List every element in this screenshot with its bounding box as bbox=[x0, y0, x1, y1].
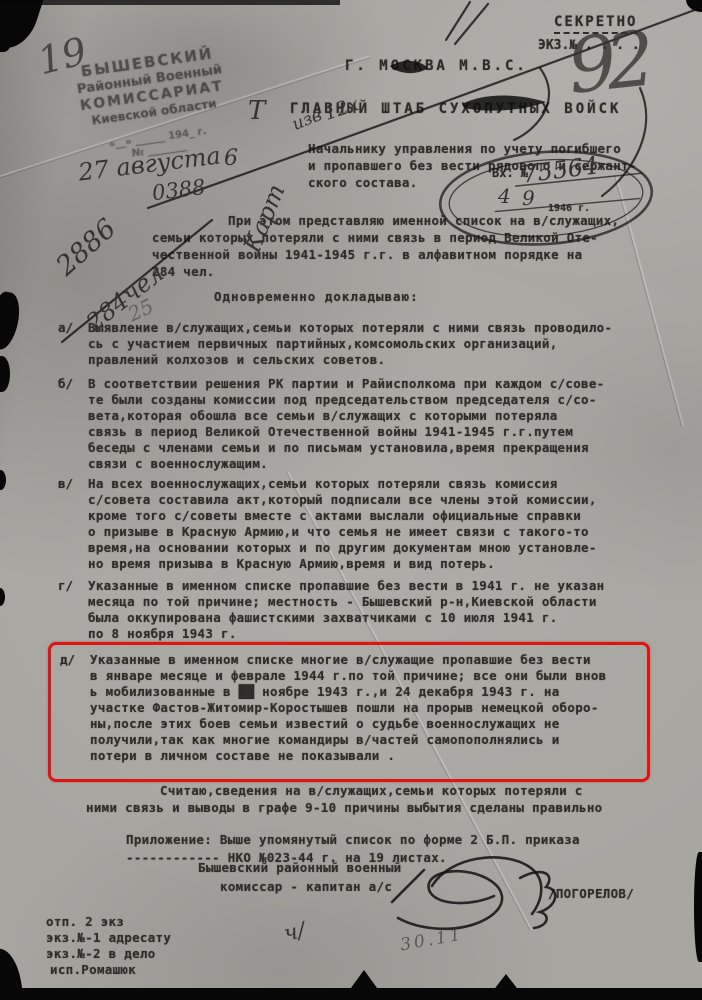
red-highlight-box bbox=[48, 642, 650, 782]
handwritten-stamp-month: 9 bbox=[522, 186, 535, 210]
handwritten-note-12: 12х bbox=[321, 93, 361, 125]
intro-paragraph: При этом представляю именной список на в… bbox=[152, 212, 667, 280]
paragraph-text: На всех военнослужащих,семьи которых пот… bbox=[88, 476, 633, 572]
city-line: Г. МОСКВА М.В.С. bbox=[345, 58, 528, 74]
paragraph-label: а/ bbox=[58, 320, 73, 335]
handwritten-number-6: 6 bbox=[224, 146, 238, 171]
paragraph-label: б/ bbox=[58, 376, 73, 391]
signatory-title-line2: комиссар - капитан а/с bbox=[220, 879, 392, 895]
paragraph-a: а/ Выявление в/служащих,семьи которых по… bbox=[58, 320, 633, 368]
handwritten-t-mark: Т bbox=[248, 96, 265, 126]
torn-edge bbox=[0, 946, 25, 1000]
handwritten-margin-number: 2886 bbox=[50, 213, 122, 282]
torn-edge bbox=[694, 852, 702, 962]
footer-copies: отп. 2 экз bbox=[46, 914, 124, 930]
attachment-line1: Приложение: Выше упомянутый список по фо… bbox=[126, 832, 580, 848]
torn-edge bbox=[0, 290, 24, 352]
paragraph-b: б/ В соответствии решения РК партии и Ра… bbox=[58, 376, 633, 472]
signature-autograph bbox=[392, 857, 555, 928]
signatory-name: /ПОГОРЕЛОВ/ bbox=[548, 886, 634, 902]
paragraph-text: Указанные в именном списке пропавшие без… bbox=[88, 578, 633, 642]
paragraph-label: г/ bbox=[58, 578, 73, 593]
torn-edge bbox=[0, 470, 6, 490]
footer-executor: исп.Ромашюк bbox=[50, 962, 136, 978]
torn-edge bbox=[492, 974, 520, 992]
torn-edge bbox=[348, 970, 380, 992]
paragraph-label: в/ bbox=[58, 476, 73, 491]
paragraph-v: в/ На всех военнослужащих,семьи которых … bbox=[58, 476, 633, 572]
footer-copy2: экз.№-2 в дело bbox=[46, 946, 156, 962]
paragraph-text: Выявление в/служащих,семьи которых потер… bbox=[88, 320, 633, 368]
footer-copy1: экз.№-1 адресату bbox=[46, 930, 171, 946]
handwritten-bottom-mark: ч/ bbox=[282, 918, 308, 947]
torn-edge bbox=[0, 0, 340, 5]
handwritten-bottom-date: 30.11 bbox=[399, 925, 465, 956]
incoming-stamp-year: 1946 г. bbox=[548, 203, 590, 214]
torn-edge bbox=[686, 0, 702, 12]
torn-edge bbox=[0, 356, 10, 392]
paragraph-g: г/ Указанные в именном списке пропавшие … bbox=[58, 578, 633, 642]
handwritten-reg-number: 0388 bbox=[151, 175, 207, 205]
report-heading: Одновременно докладываю: bbox=[214, 289, 419, 305]
handwritten-stamp-day: 4 bbox=[498, 184, 511, 208]
signatory-title-line1: Бышевский районный военный bbox=[198, 860, 401, 876]
document-page: БЫШЕВСКИЙ Районный Военный КОМИССАРИАТ К… bbox=[0, 0, 702, 1000]
paragraph-text: В соответствии решения РК партии и Райис… bbox=[88, 376, 633, 472]
conclusion-paragraph: Считаю,сведения на в/служащих,семьи кото… bbox=[86, 782, 694, 816]
addressee-block: Начальнику управления по учету погибшего… bbox=[308, 140, 668, 191]
torn-edge bbox=[0, 588, 5, 606]
handwritten-copy-number: 92 bbox=[564, 14, 650, 111]
